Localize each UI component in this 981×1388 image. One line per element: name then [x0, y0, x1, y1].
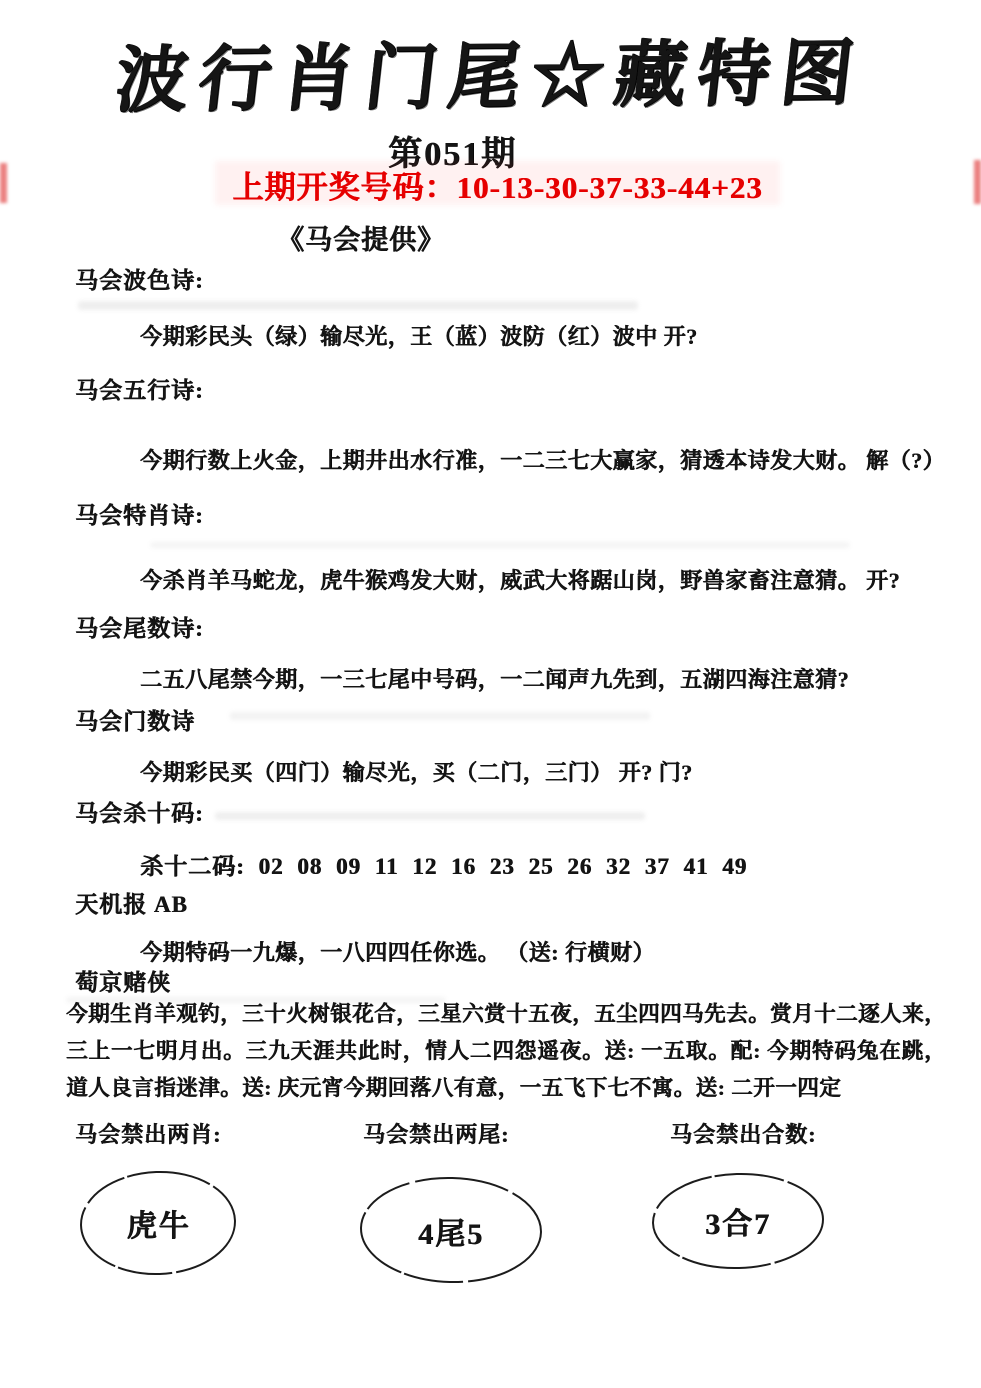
scan-smudge — [230, 712, 650, 720]
forbidden-label-two-tails: 马会禁出两尾: — [363, 1118, 509, 1149]
forbidden-oval-two-zodiac: 虎牛 — [76, 1168, 241, 1278]
section-label-tianji-report: 天机报 AB — [75, 886, 188, 919]
scanned-lottery-sheet: { "header": { "title": "波行肖门尾☆藏特图", "iss… — [0, 0, 981, 1388]
forbidden-oval-sum: 3合7 — [648, 1170, 828, 1272]
red-scan-mark-right — [974, 160, 981, 204]
section-verse-gate-numbers: 今期彩民买（四门）输尽光，买（二门，三门） 开? 门? — [140, 756, 693, 787]
forbidden-label-two-zodiac: 马会禁出两肖: — [75, 1118, 221, 1149]
killed-numbers-line: 杀十二码: 02 08 09 11 12 16 23 25 26 32 37 4… — [140, 848, 747, 881]
red-scan-mark-left — [0, 163, 7, 203]
scan-smudge — [150, 542, 850, 548]
page-title-row: 波行肖门尾☆藏特图 — [0, 18, 981, 133]
forbidden-label-sum: 马会禁出合数: — [670, 1118, 816, 1149]
last-draw-result: 上期开奖号码：10-13-30-37-33-44+23 — [0, 162, 981, 207]
section-label-kill-codes: 马会杀十码: — [75, 795, 204, 828]
provider-note: 《马会提供》 — [277, 218, 445, 257]
gambler-poem-text: 今期生肖羊观钓，三十火树银花合，三星六赏十五夜，五尘四四马先去。赏月十二逐人来，… — [66, 996, 946, 1107]
section-label-wave-color: 马会波色诗: — [75, 262, 204, 295]
section-label-special-zodiac: 马会特肖诗: — [75, 497, 204, 530]
section-verse-tail-numbers: 二五八尾禁今期，一三七尾中号码，一二闻声九先到，五湖四海注意猜? — [140, 663, 849, 694]
section-label-five-elements: 马会五行诗: — [75, 372, 204, 405]
section-verse-five-elements: 今期行数上火金，上期井出水行准，一二三七大赢家，猜透本诗发大财。 解（?） — [140, 444, 945, 475]
section-label-tail-numbers: 马会尾数诗: — [75, 610, 204, 643]
section-verse-wave-color: 今期彩民头（绿）输尽光，王（蓝）波防（红）波中 开? — [140, 320, 698, 351]
forbidden-oval-two-tails: 4尾5 — [355, 1175, 547, 1287]
section-label-gate-numbers: 马会门数诗 — [75, 703, 195, 736]
forbidden-value-sum: 3合7 — [648, 1170, 828, 1272]
scan-smudge — [78, 301, 638, 310]
gambler-poem-label: 萄京赌侠 — [75, 964, 171, 997]
page-title: 波行肖门尾☆藏特图 — [111, 14, 871, 126]
section-verse-special-zodiac: 今杀肖羊马蛇龙，虎牛猴鸡发大财，威武大将踞山岗，野兽家畜注意猜。 开? — [140, 564, 900, 595]
forbidden-value-two-tails: 4尾5 — [355, 1175, 547, 1287]
forbidden-value-two-zodiac: 虎牛 — [76, 1168, 241, 1278]
section-verse-tianji-report: 今期特码一九爆，一八四四任你选。 （送: 行横财） — [140, 936, 655, 967]
scan-smudge — [215, 812, 645, 820]
